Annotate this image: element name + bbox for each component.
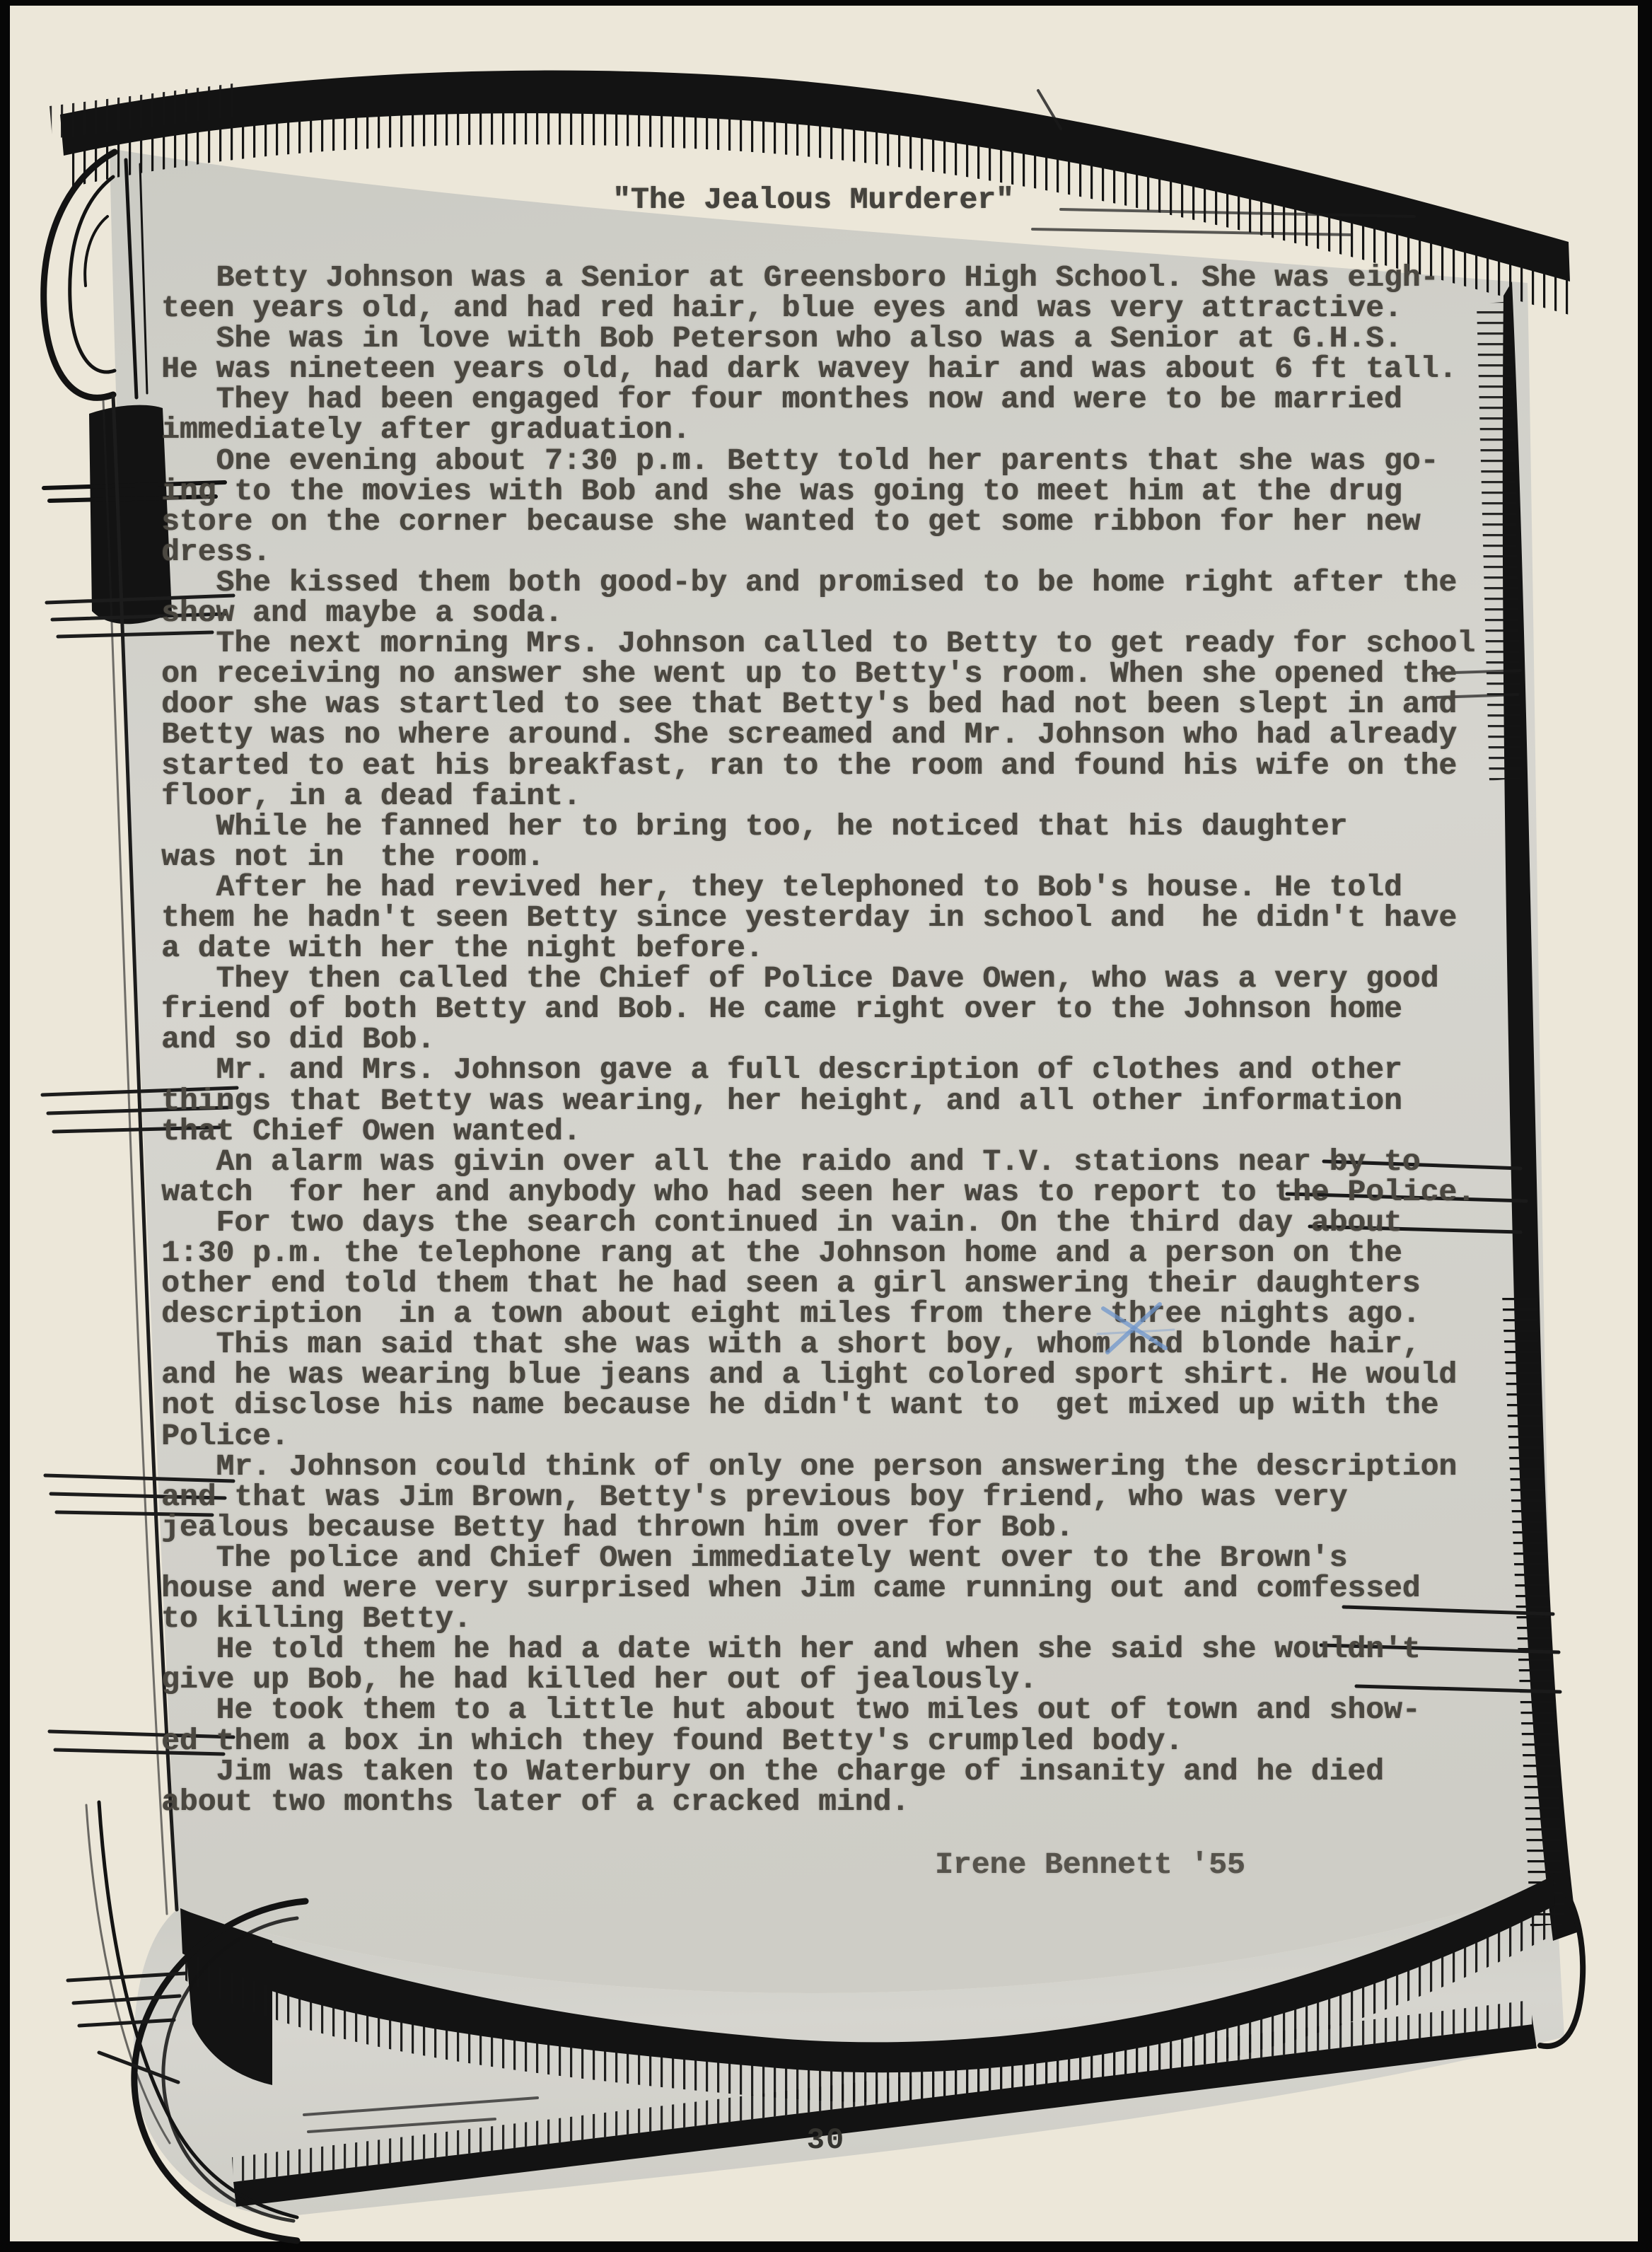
scanned-page: "The Jealous Murderer" Betty Johnson was… (0, 0, 1652, 2252)
page-number: 30 (0, 2123, 1652, 2157)
story-text: Betty Johnson was a Senior at Greensboro… (161, 262, 1475, 1817)
author-signature: Irene Bennett '55 (935, 1847, 1245, 1882)
story-title: "The Jealous Murderer" (612, 182, 1014, 217)
